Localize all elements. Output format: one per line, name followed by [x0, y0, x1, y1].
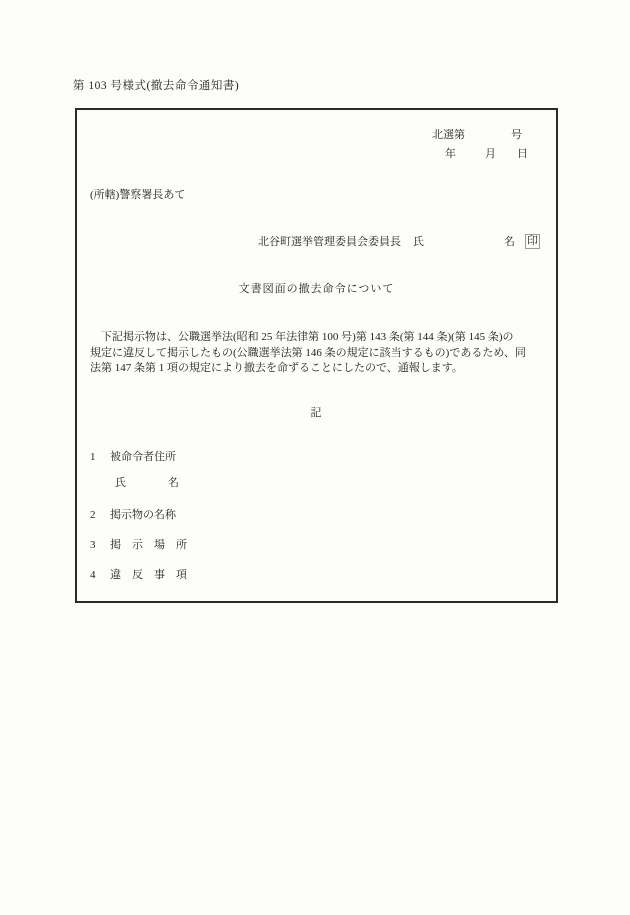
item-1-givenname-label: 名 — [168, 477, 179, 489]
list-item-3: 3掲 示 場 所 — [90, 538, 187, 552]
form-title: 第 103 号様式(撤去命令通知書) — [73, 77, 239, 93]
item-1-name-blank — [126, 485, 168, 486]
doc-number-unit: 号 — [511, 129, 522, 141]
item-1-number: 1 — [90, 450, 110, 464]
item-4-label: 違 反 事 項 — [110, 569, 187, 581]
list-item-1: 1被命令者住所 — [90, 450, 176, 464]
sender-givenname-label: 名 — [504, 236, 515, 248]
document-page: 第 103 号様式(撤去命令通知書) 北選第号 年月日 (所轄)警察署長あて 北… — [0, 0, 630, 915]
item-2-label: 掲示物の名称 — [110, 509, 176, 521]
date-line: 年月日 — [77, 147, 556, 161]
doc-number-line: 北選第号 — [77, 128, 556, 142]
sender-name-blank — [424, 244, 504, 245]
notice-form-border: 北選第号 年月日 (所轄)警察署長あて 北谷町選挙管理委員会委員長氏名印 文書図… — [75, 108, 558, 603]
item-4-number: 4 — [90, 568, 110, 582]
sender-surname-label: 氏 — [413, 236, 424, 248]
body-line-3: 法第 147 条第 1 項の規定により撤去を命ずることにしたので、通報します。 — [90, 361, 545, 377]
sender-line: 北谷町選挙管理委員会委員長氏名印 — [77, 235, 556, 250]
date-year-label: 年 — [445, 148, 456, 160]
item-1-label: 被命令者住所 — [110, 451, 176, 463]
item-3-label: 掲 示 場 所 — [110, 539, 187, 551]
body-paragraph: 下記掲示物は、公職選挙法(昭和 25 年法律第 100 号)第 143 条(第 … — [90, 330, 545, 377]
date-month-blank — [456, 156, 485, 157]
list-item-4: 4違 反 事 項 — [90, 568, 187, 582]
sender-seal-gap — [515, 244, 525, 245]
date-day-blank — [496, 156, 517, 157]
body-line-1: 下記掲示物は、公職選挙法(昭和 25 年法律第 100 号)第 143 条(第 … — [90, 330, 545, 346]
date-month-label: 月 — [485, 148, 496, 160]
sender-gap — [401, 244, 413, 245]
list-item-2: 2掲示物の名称 — [90, 508, 176, 522]
sender-title: 北谷町選挙管理委員会委員長 — [258, 236, 401, 248]
item-2-number: 2 — [90, 508, 110, 522]
item-1-surname-label: 氏 — [115, 477, 126, 489]
seal-placeholder-box: 印 — [525, 234, 540, 249]
body-line-2: 規定に違反して掲示したもの(公職選挙法第 146 条の規定に該当するもの)である… — [90, 346, 545, 362]
record-marker: 記 — [77, 406, 556, 420]
doc-number-prefix: 北選第 — [432, 129, 465, 141]
subject-title: 文書図面の撤去命令について — [77, 282, 556, 296]
seal-label: 印 — [527, 235, 538, 247]
list-item-1-sub: 氏名 — [115, 476, 179, 490]
date-day-label: 日 — [517, 148, 528, 160]
doc-number-blank — [465, 137, 511, 138]
addressee: (所轄)警察署長あて — [90, 188, 185, 202]
item-3-number: 3 — [90, 538, 110, 552]
